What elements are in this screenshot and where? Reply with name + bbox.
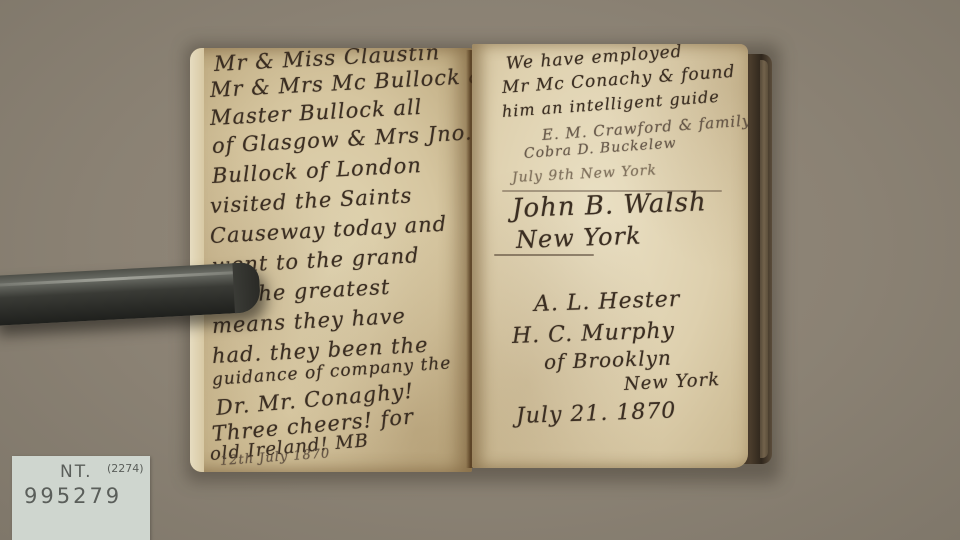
signature-location: New York bbox=[623, 369, 720, 395]
ink-stroke bbox=[494, 254, 594, 256]
signature: John B. Walsh bbox=[511, 187, 707, 224]
catalog-prefix: NT. bbox=[60, 462, 93, 482]
handwritten-date: July 21. 1870 bbox=[516, 398, 677, 429]
signature: H. C. Murphy bbox=[512, 318, 676, 349]
handwritten-line: visited the Saints bbox=[209, 183, 412, 218]
signature-location: of Brooklyn bbox=[544, 346, 673, 374]
handwritten-line: July 9th New York bbox=[512, 162, 658, 186]
catalog-number: 995279 bbox=[24, 484, 122, 508]
page-edge bbox=[190, 48, 204, 472]
catalog-code: (2274) bbox=[107, 462, 144, 475]
handwritten-line: Bullock of London bbox=[211, 153, 422, 188]
right-page: We have employed Mr Mc Conachy & found h… bbox=[472, 44, 748, 468]
signature-location: New York bbox=[516, 222, 643, 254]
left-page: Mr & Miss Claustin Mr & Mrs Mc Bullock &… bbox=[190, 48, 472, 472]
catalog-label: NT. (2274) 995279 bbox=[12, 456, 150, 540]
photo-scene: Mr & Miss Claustin Mr & Mrs Mc Bullock &… bbox=[0, 0, 960, 540]
signature: A. L. Hester bbox=[534, 287, 681, 317]
